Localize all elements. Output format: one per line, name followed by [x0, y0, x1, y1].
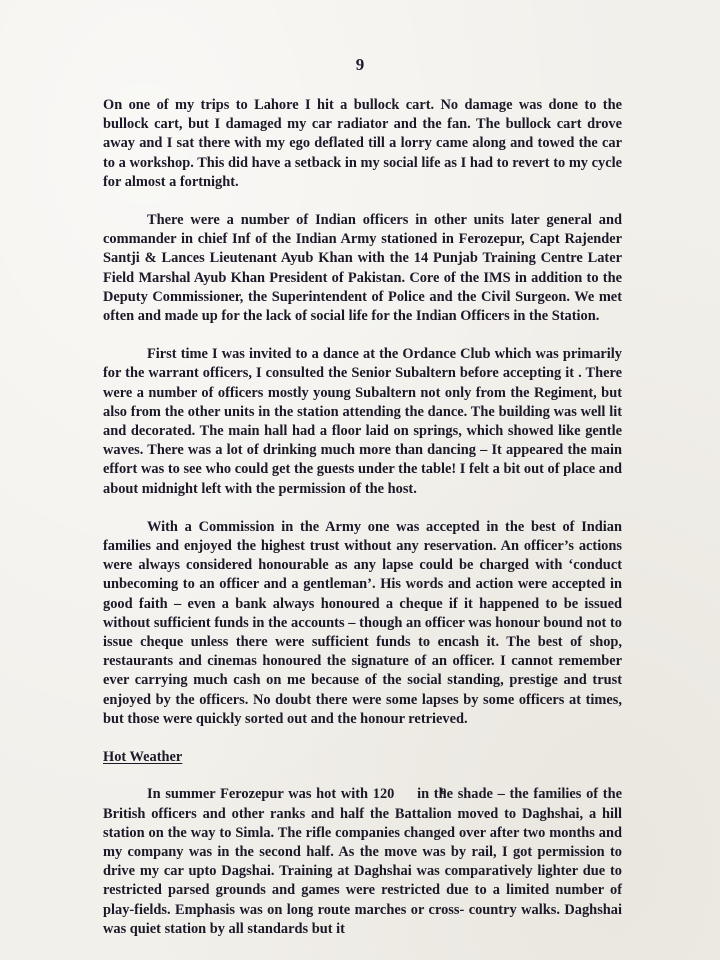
paragraph-commission-trust: With a Commission in the Army one was ac…: [103, 518, 622, 729]
document-page: 9 On one of my trips to Lahore I hit a b…: [0, 0, 720, 960]
page-number: 9: [0, 55, 720, 75]
hot-weather-text-rest: in the shade – the families of the Briti…: [103, 786, 622, 936]
hot-weather-text-start: In summer Ferozepur was hot with 120: [147, 786, 394, 802]
paragraph-ordance-club-dance: First time I was invited to a dance at t…: [103, 345, 622, 499]
document-body: On one of my trips to Lahore I hit a bul…: [103, 96, 622, 958]
paragraph-hot-weather: In summer Ferozepur was hot with 120o in…: [103, 785, 622, 939]
degree-symbol: o: [396, 784, 446, 796]
section-heading-hot-weather: Hot Weather: [103, 748, 622, 767]
paragraph-indian-officers: There were a number of Indian officers i…: [103, 211, 622, 326]
paragraph-bullock-cart: On one of my trips to Lahore I hit a bul…: [103, 96, 622, 192]
